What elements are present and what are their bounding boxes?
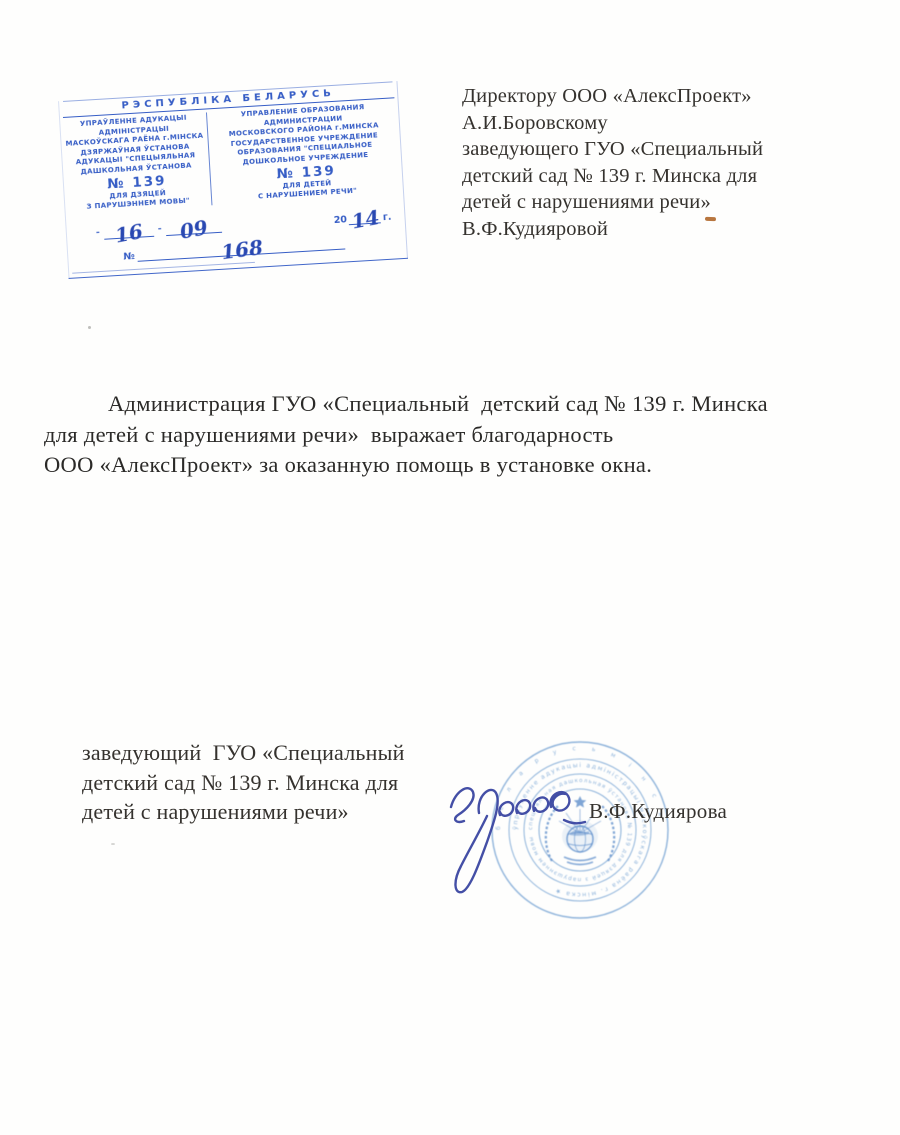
closing-line: детский сад № 139 г. Минска для: [82, 768, 405, 798]
handwritten-signature: [436, 766, 646, 906]
addressee-line: детей с нарушениями речи»: [462, 189, 763, 216]
stamp-quote-mark: -: [157, 223, 162, 236]
closing-line: заведующий ГУО «Специальный: [82, 738, 405, 768]
stamp-column-russian: УПРАВЛЕНИЕ ОБРАЗОВАНИЯ АДМИНИСТРАЦИИ МОС…: [210, 101, 400, 205]
stamp-date-day-month: - 16 - 09: [95, 212, 222, 240]
stamp-year-prefix: 20: [333, 214, 347, 226]
handwritten-month: 09: [178, 215, 210, 244]
scan-speck: [111, 843, 115, 845]
addressee-line: детский сад № 139 г. Минска для: [462, 163, 763, 190]
handwritten-day: 16: [113, 219, 145, 248]
registration-stamp: РЭСПУБЛІКА БЕЛАРУСЬ УПРАЎЛЕННЕ АДУКАЦЫІ …: [58, 81, 408, 279]
body-line: Администрация ГУО «Специальный детский с…: [44, 389, 876, 420]
stamp-year-suffix: г.: [383, 211, 392, 222]
body-line: для детей с нарушениями речи» выражает б…: [44, 420, 876, 451]
stamp-number-label: №: [123, 251, 135, 263]
addressee-line: В.Ф.Кудияровой: [462, 216, 763, 243]
addressee-line: Директору ООО «АлексПроект»: [462, 83, 763, 110]
scanned-letter-page: РЭСПУБЛІКА БЕЛАРУСЬ УПРАЎЛЕННЕ АДУКАЦЫІ …: [0, 0, 900, 1135]
addressee-line: А.И.Боровскому: [462, 110, 763, 137]
stamp-quote-mark: -: [96, 227, 101, 240]
addressee-line: заведующего ГУО «Специальный: [462, 136, 763, 163]
stamp-date-year: 20 14 г.: [333, 201, 392, 225]
body-line: ООО «АлексПроект» за оказанную помощь в …: [44, 450, 876, 481]
handwritten-year: 14: [349, 205, 381, 234]
addressee-block: Директору ООО «АлексПроект» А.И.Боровско…: [462, 83, 763, 242]
closing-block: заведующий ГУО «Специальный детский сад …: [82, 738, 405, 827]
stamp-month-underline: 09: [165, 212, 222, 236]
stamp-day-underline: 16: [103, 216, 154, 240]
orange-scan-mark: [705, 217, 716, 221]
scan-speck: [88, 326, 91, 329]
handwritten-doc-number: 168: [219, 235, 263, 264]
letter-body: Администрация ГУО «Специальный детский с…: [44, 389, 876, 481]
stamp-year-underline: 14: [348, 202, 381, 225]
stamp-column-belarusian: УПРАЎЛЕННЕ АДУКАЦЫІ АДМІНІСТРАЦЫІ МАСКОЎ…: [63, 113, 208, 214]
closing-line: детей с нарушениями речи»: [82, 797, 405, 827]
stamp-columns: УПРАЎЛЕННЕ АДУКАЦЫІ АДМІНІСТРАЦЫІ МАСКОЎ…: [63, 98, 400, 213]
